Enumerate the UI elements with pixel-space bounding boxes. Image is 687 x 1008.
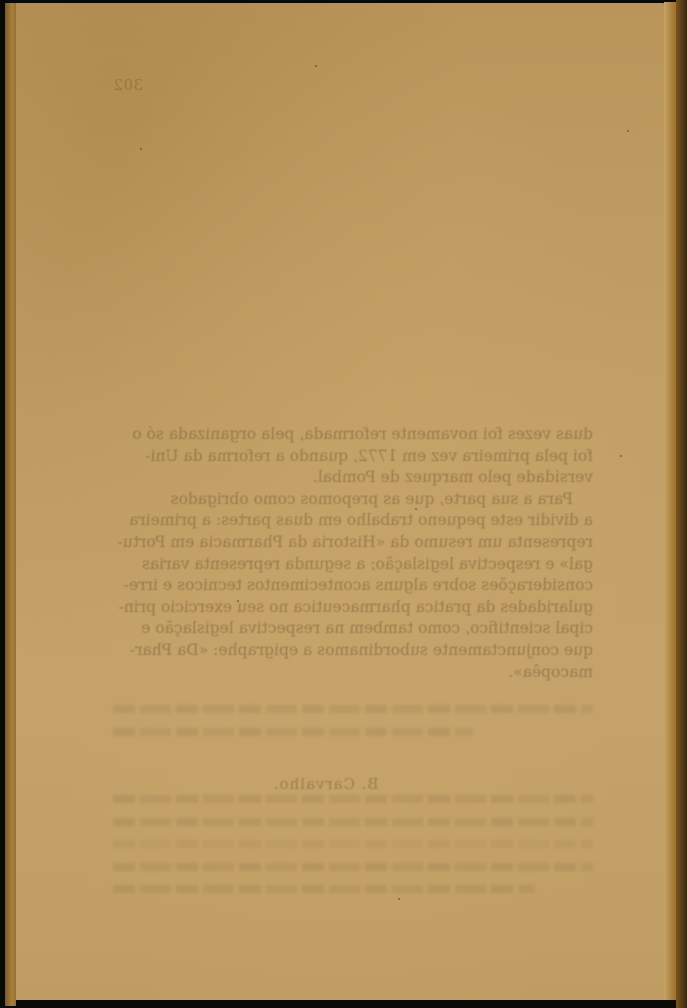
text-line: considerações sobre alguns acontecimento… (113, 575, 593, 597)
faint-line (113, 818, 593, 826)
page-number: 302 (113, 76, 143, 94)
faint-line (113, 885, 535, 893)
faint-line (113, 863, 593, 871)
text-line: a dividir este pequeno trabalho em duas … (113, 510, 593, 532)
text-line: Para a sua parte, que as prepomos como o… (113, 489, 593, 511)
paper-speck (398, 898, 400, 900)
paper-speck (237, 600, 239, 602)
paper-speck (315, 65, 317, 67)
paper-speck (627, 130, 629, 132)
faint-line (113, 840, 593, 848)
signature: B. Carvalho. (273, 775, 379, 793)
page-edge-shadow (676, 0, 687, 1008)
faint-line (113, 728, 473, 736)
paper-speck (140, 148, 142, 150)
text-line: representa um resumo da «Historia da Pha… (113, 532, 593, 554)
faint-line (113, 795, 593, 803)
paper-speck (415, 508, 417, 510)
text-line: macopêa». (113, 662, 593, 684)
text-line: foi pela primeira vez em 1772, quando a … (113, 446, 593, 468)
text-line: gularidades da pratica pharmaceutica no … (113, 597, 593, 619)
text-line: gal» e respectiva legislação; a segunda … (113, 554, 593, 576)
text-line: duas vezes foi novamente reformada, pela… (113, 424, 593, 446)
faint-show-through-lines (113, 705, 593, 908)
faint-line (113, 705, 593, 713)
text-line: versidade pelo marquez de Pombal. (113, 467, 593, 489)
paper-speck (620, 455, 622, 457)
text-line: que conjunctamente subordinamos a epigra… (113, 640, 593, 662)
bottom-shadow (16, 1000, 676, 1008)
text-line: cipal scientifico, como tambem na respec… (113, 618, 593, 640)
show-through-paragraph: duas vezes foi novamente reformada, pela… (113, 424, 593, 683)
